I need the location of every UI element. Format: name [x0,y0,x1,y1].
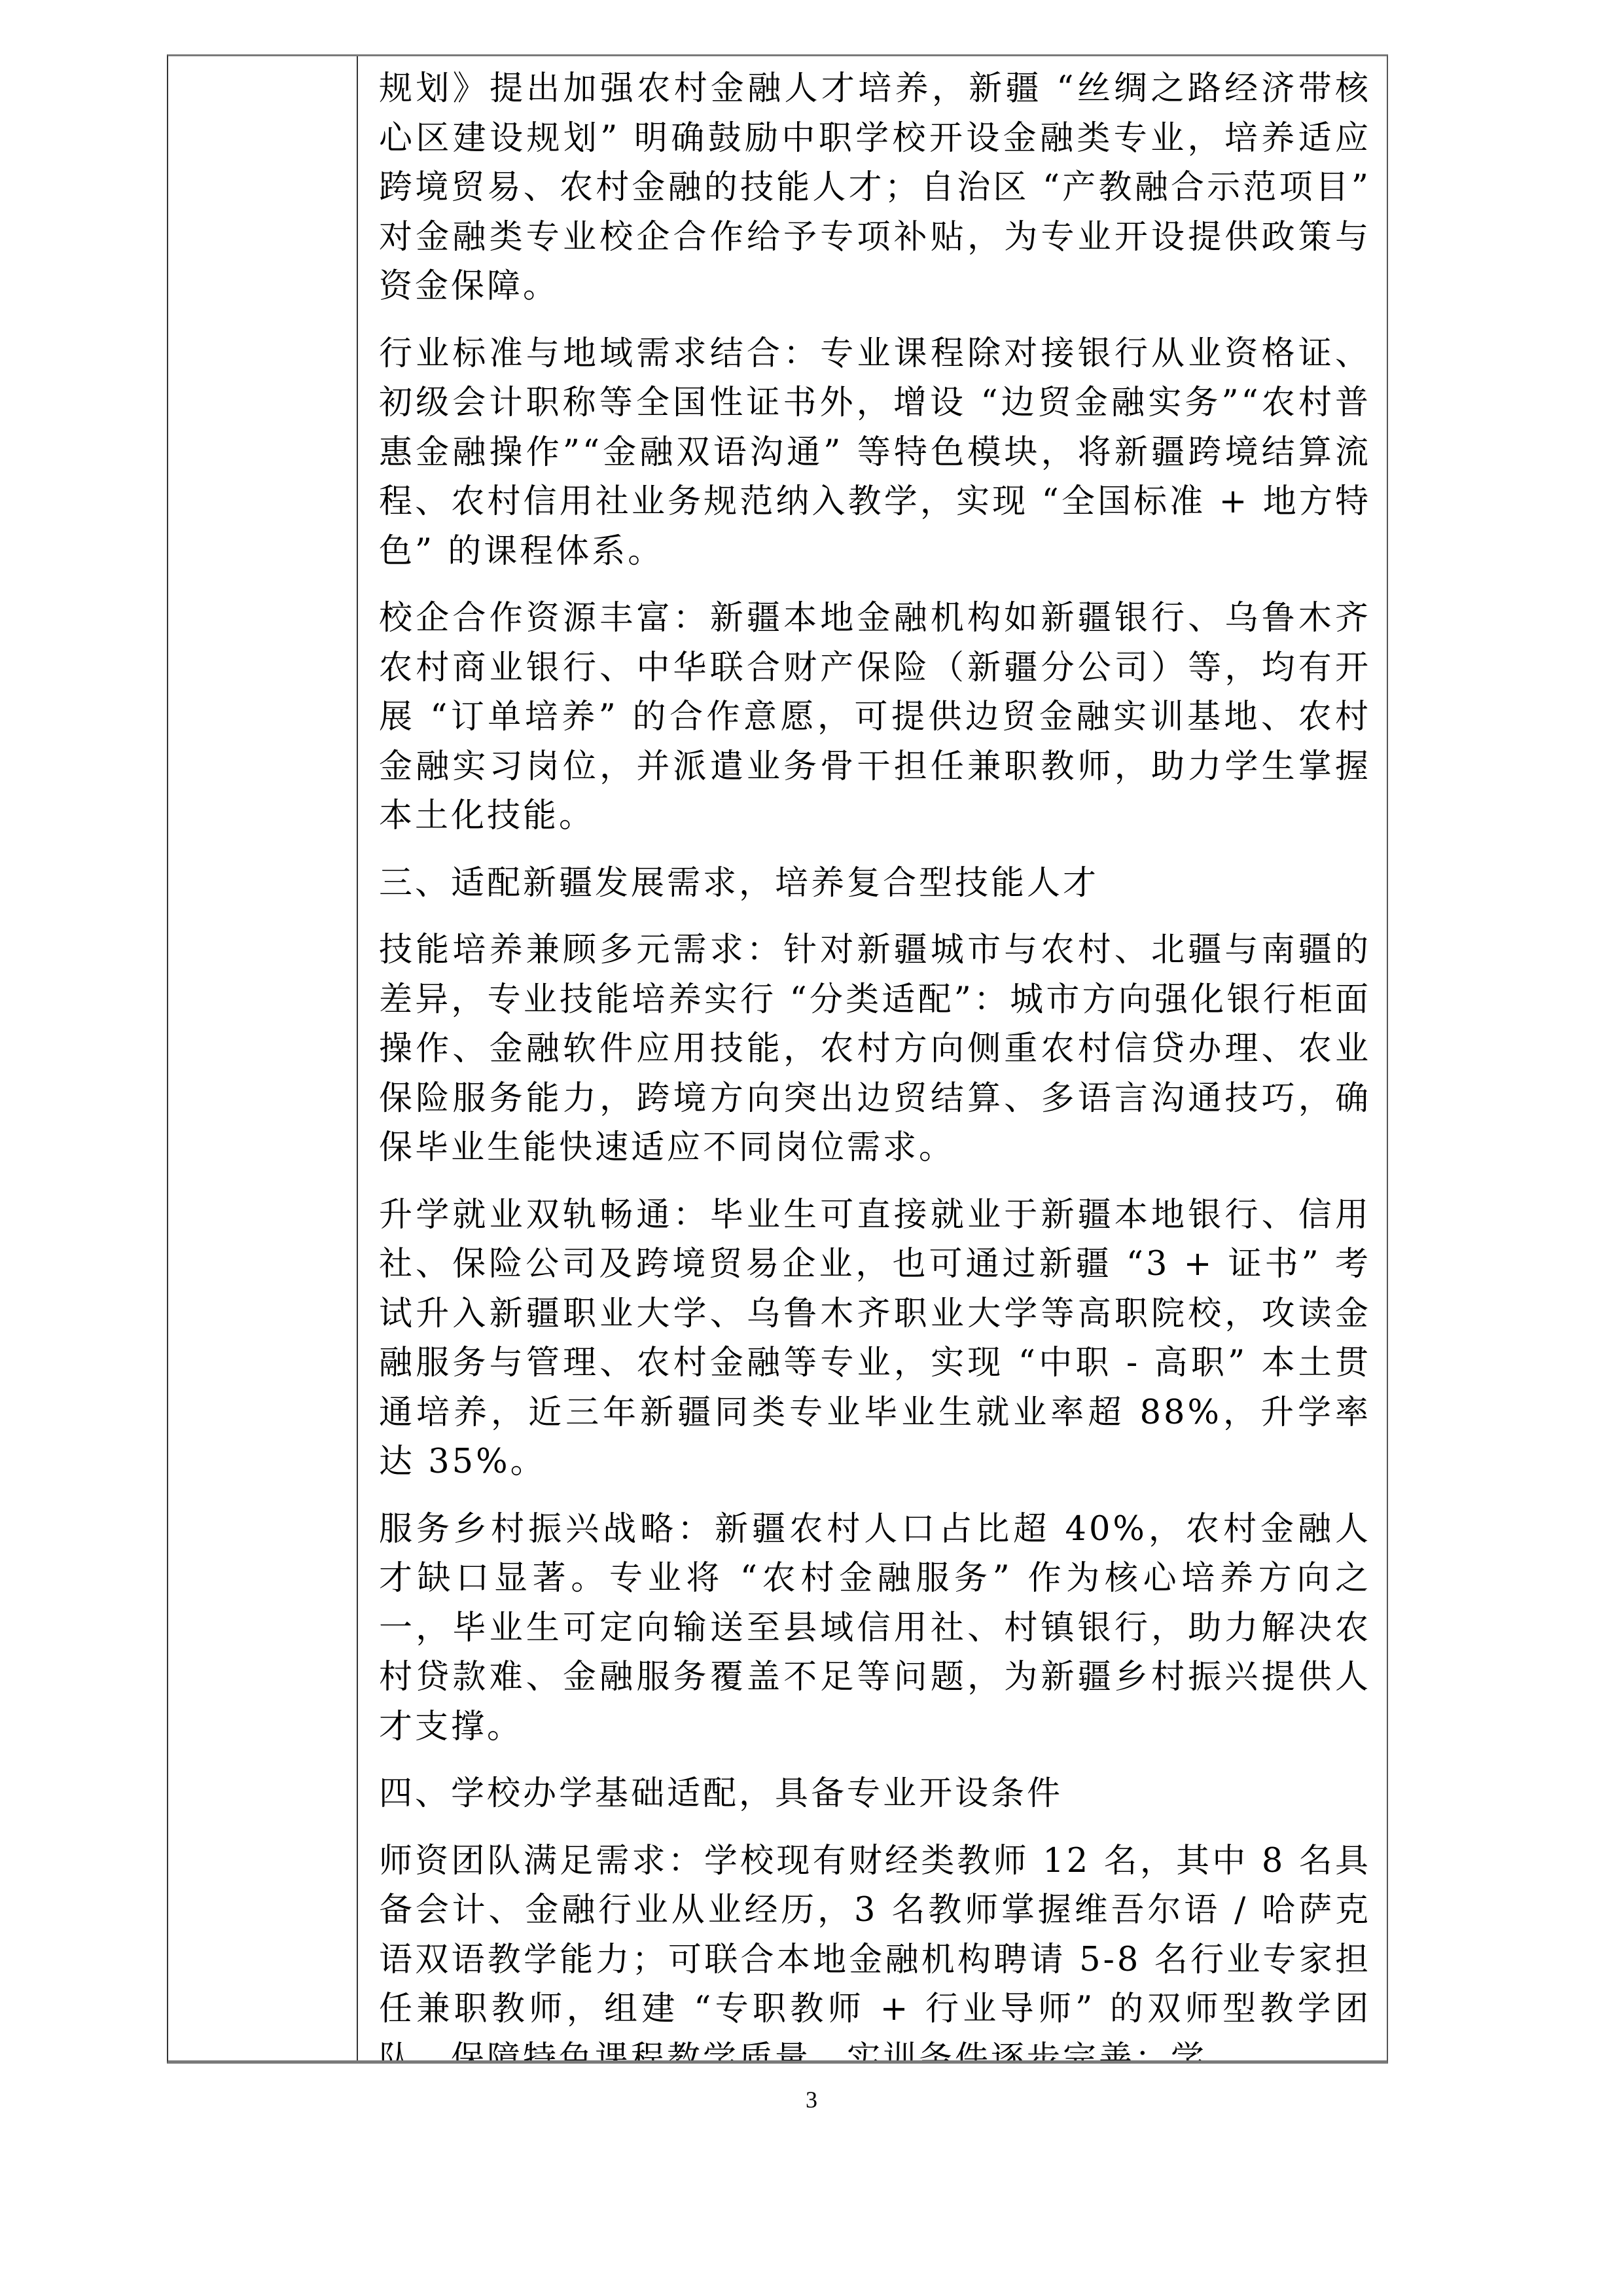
paragraph-policy-support: 规划》提出加强农村金融人才培养，新疆 “丝绸之路经济带核心区建设规划” 明确鼓励… [379,64,1371,312]
paragraph-industry-standards: 行业标准与地域需求结合：专业课程除对接银行从业资格证、初级会计职称等全国性证书外… [379,329,1371,577]
table-label-cell [168,56,358,2060]
paragraph-further-study-employment: 升学就业双轨畅通：毕业生可直接就业于新疆本地银行、信用社、保险公司及跨境贸易企业… [379,1191,1371,1487]
paragraph-skill-training: 技能培养兼顾多元需求：针对新疆城市与农村、北疆与南疆的差异，专业技能培养实行 “… [379,925,1371,1173]
section-heading-3: 三、适配新疆发展需求，培养复合型技能人才 [379,859,1371,908]
table-content-cell: 规划》提出加强农村金融人才培养，新疆 “丝绸之路经济带核心区建设规划” 明确鼓励… [358,56,1387,2060]
section-heading-4: 四、学校办学基础适配，具备专业开设条件 [379,1769,1371,1819]
paragraph-school-enterprise-cooperation: 校企合作资源丰富：新疆本地金融机构如新疆银行、乌鲁木齐农村商业银行、中华联合财产… [379,594,1371,841]
content-table: 规划》提出加强农村金融人才培养，新疆 “丝绸之路经济带核心区建设规划” 明确鼓励… [167,54,1388,2064]
page-number: 3 [0,2085,1623,2114]
paragraph-teaching-staff: 师资团队满足需求：学校现有财经类教师 12 名，其中 8 名具备会计、金融行业从… [379,1837,1371,2061]
paragraph-rural-revitalization: 服务乡村振兴战略：新疆农村人口占比超 40%，农村金融人才缺口显著。专业将 “农… [379,1505,1371,1752]
